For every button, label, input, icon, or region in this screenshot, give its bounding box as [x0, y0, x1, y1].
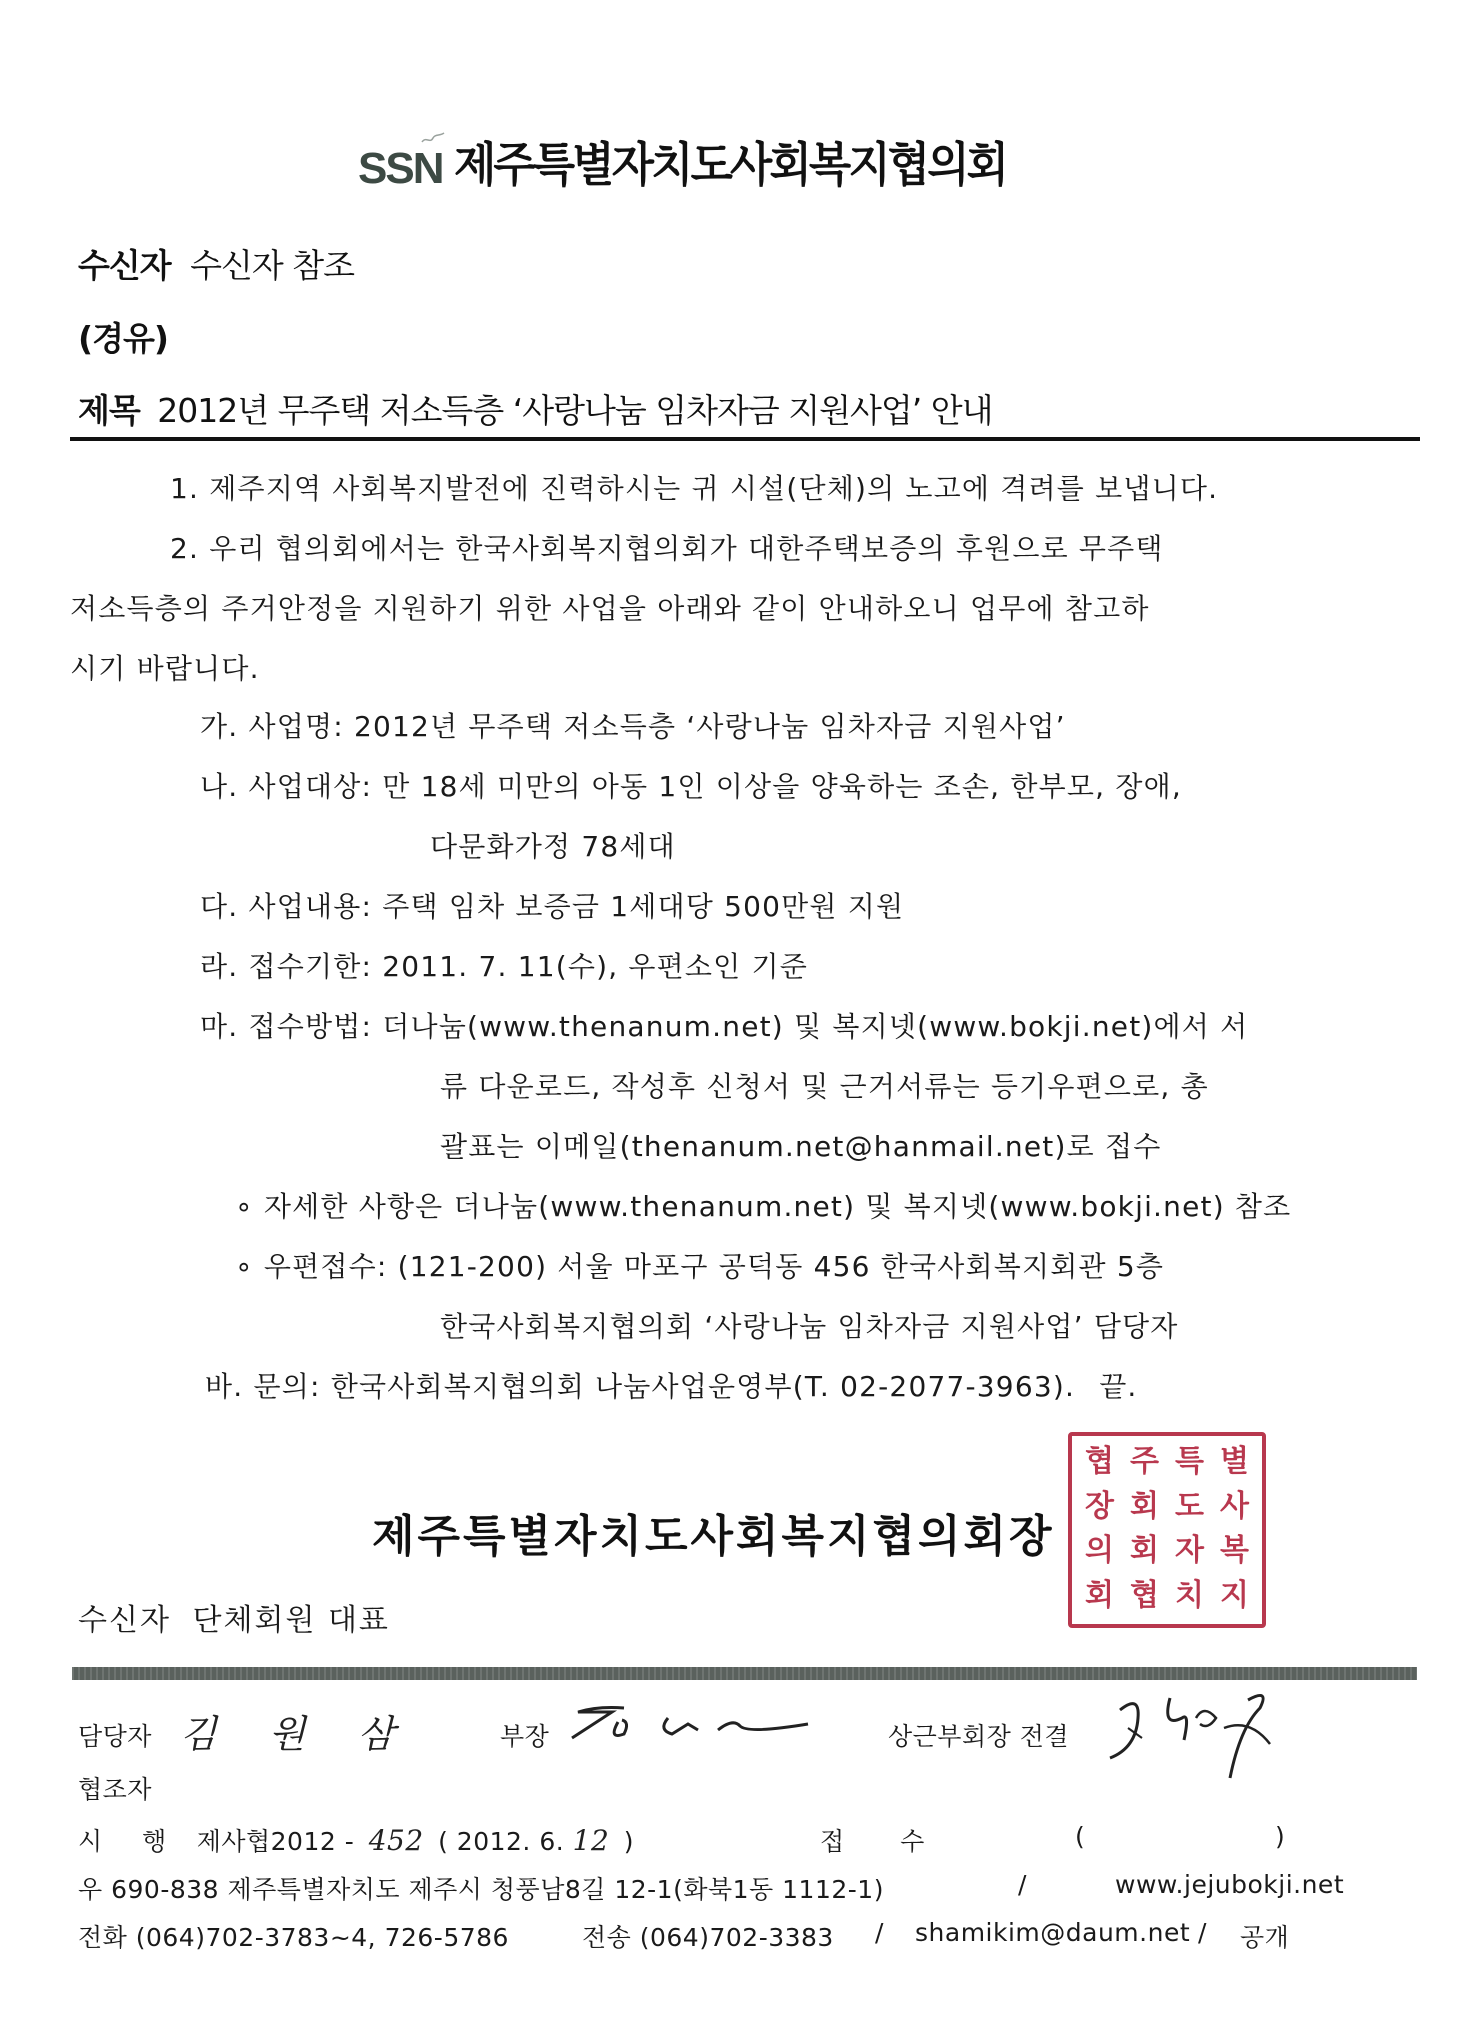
- letterhead: SSN 제주특별자치도사회복지협의회: [358, 138, 1048, 194]
- seal-glyph: 회: [1123, 1487, 1166, 1530]
- doc-date-prefix: ( 2012. 6.: [438, 1827, 564, 1856]
- recipient-value: 수신자 참조: [190, 246, 354, 285]
- seal-glyph: 회: [1123, 1531, 1166, 1574]
- doc-number-handwritten: 452: [369, 1824, 424, 1857]
- receipt-close: ): [1275, 1822, 1285, 1851]
- receipt-open: (: [1075, 1822, 1085, 1851]
- phone-line: 전화 (064)702-3783~4, 726-5786: [78, 1918, 509, 1954]
- item-ma: 마. 접수방법: 더나눔(www.thenanum.net) 및 복지넷(www…: [200, 1005, 1248, 1045]
- seal-glyph: 사: [1213, 1487, 1256, 1530]
- item-marker: 바.: [205, 1370, 243, 1403]
- item-label: 사업명:: [248, 710, 343, 743]
- item-ma-line-3: 괄표는 이메일(thenanum.net@hanmail.net)로 접수: [440, 1125, 1161, 1165]
- item-ga: 가. 사업명: 2012년 무주택 저소득층 ‘사랑나눔 임차자금 지원사업’: [200, 705, 1066, 745]
- item-text: 만 18세 미만의 아동 1인 이상을 양육하는 조손, 한부모, 장애,: [382, 770, 1182, 803]
- bullet-text: 자세한 사항은 더나눔(www.thenanum.net) 및 복지넷(www.…: [264, 1190, 1292, 1223]
- inquiry-text: 한국사회복지협의회 나눔사업운영부(T. 02-2077-3963).: [331, 1370, 1075, 1403]
- seal-glyph: 자: [1168, 1531, 1211, 1574]
- email-separator: /: [1198, 1918, 1207, 1947]
- item-text: 더나눔(www.thenanum.net) 및 복지넷(www.bokji.ne…: [382, 1010, 1248, 1043]
- item-marker: 가.: [200, 710, 238, 743]
- recipient-label: 수신자: [78, 246, 171, 285]
- seal-glyph: 도: [1168, 1487, 1211, 1530]
- item-ba-inquiry: 바. 문의: 한국사회복지협의회 나눔사업운영부(T. 02-2077-3963…: [205, 1365, 1138, 1405]
- item-marker: 다.: [200, 890, 238, 923]
- item-marker: 라.: [200, 950, 238, 983]
- subject-value: 2012년 무주택 저소득층 ‘사랑나눔 임차자금 지원사업’ 안내: [157, 391, 992, 430]
- seal-glyph: 협: [1123, 1576, 1166, 1619]
- subject-label: 제목: [78, 391, 140, 430]
- recipients-value: 단체회원 대표: [193, 1603, 390, 1638]
- seal-glyph: 의: [1078, 1531, 1121, 1574]
- subject-divider: [70, 437, 1420, 441]
- via-label: (경유): [78, 319, 168, 358]
- cooperator-label: 협조자: [78, 1770, 152, 1806]
- seal-glyph: 치: [1168, 1576, 1211, 1619]
- seal-glyph: 별: [1213, 1442, 1256, 1485]
- ssn-logo: SSN: [358, 144, 442, 194]
- bullet-icon: ∘: [235, 1190, 254, 1223]
- item-label: 사업내용:: [248, 890, 372, 923]
- address-separator: /: [1018, 1870, 1027, 1899]
- recipient-row: 수신자 수신자 참조: [78, 240, 354, 287]
- disclosure-status: 공개: [1240, 1918, 1289, 1954]
- logo-text: SSN: [358, 144, 442, 193]
- item-label: 접수기한:: [248, 950, 372, 983]
- paragraph-2-line-3: 시기 바랍니다.: [70, 647, 260, 687]
- via-row: (경유): [78, 313, 168, 360]
- seal-glyph: 장: [1078, 1487, 1121, 1530]
- footer-divider: [72, 1667, 1417, 1680]
- website-link[interactable]: www.jejubokji.net: [1115, 1870, 1344, 1899]
- vp-label: 상근부회장 전결: [888, 1717, 1069, 1753]
- subject-row: 제목 2012년 무주택 저소득층 ‘사랑나눔 임차자금 지원사업’ 안내: [78, 385, 992, 432]
- item-da: 다. 사업내용: 주택 임차 보증금 1세대당 500만원 지원: [200, 885, 904, 925]
- item-text: 2011. 7. 11(수), 우편소인 기준: [382, 950, 808, 983]
- enforce-label: 시 행: [78, 1827, 182, 1856]
- end-marker: 끝.: [1099, 1370, 1137, 1403]
- item-label: 사업대상:: [248, 770, 372, 803]
- seal-glyph: 지: [1213, 1576, 1256, 1619]
- item-text: 주택 임차 보증금 1세대당 500만원 지원: [382, 890, 904, 923]
- recipients-label: 수신자: [78, 1603, 171, 1638]
- staff-signature: 김 원 삼: [180, 1703, 414, 1758]
- item-label: 문의:: [253, 1370, 320, 1403]
- item-marker: 나.: [200, 770, 238, 803]
- bullet-postal-line-2: 한국사회복지협의회 ‘사랑나눔 임차자금 지원사업’ 담당자: [440, 1305, 1179, 1345]
- official-seal: 협 주 특 별 장 회 도 사 의 회 자 복 회 협 치 지: [1068, 1432, 1266, 1628]
- paragraph-1: 1. 제주지역 사회복지발전에 진력하시는 귀 시설(단체)의 노고에 격려를 …: [170, 467, 1410, 507]
- bullet-icon: ∘: [235, 1250, 254, 1283]
- bullet-text: 우편접수: (121-200) 서울 마포구 공덕동 456 한국사회복지회관 …: [264, 1250, 1164, 1283]
- doc-date-handwritten: 12: [573, 1824, 610, 1857]
- organization-name: 제주특별자치도사회복지협의회: [454, 138, 1006, 194]
- fax-line: 전송 (064)702-3383: [582, 1918, 834, 1954]
- address-line: 우 690-838 제주특별자치도 제주시 청풍남8길 12-1(화북1동 11…: [78, 1870, 884, 1906]
- seal-glyph: 복: [1213, 1531, 1256, 1574]
- manager-label: 부장: [500, 1717, 549, 1753]
- staff-label: 담당자: [78, 1717, 152, 1753]
- receipt-label: 접 수: [820, 1822, 948, 1858]
- seal-glyph: 주: [1123, 1442, 1166, 1485]
- seal-glyph: 특: [1168, 1442, 1211, 1485]
- recipients-row: 수신자 단체회원 대표: [78, 1595, 390, 1639]
- enforce-row: 시 행 제사협2012 - 452 ( 2012. 6. 12 ): [78, 1822, 634, 1858]
- item-ra: 라. 접수기한: 2011. 7. 11(수), 우편소인 기준: [200, 945, 808, 985]
- manager-signature: [568, 1700, 858, 1750]
- item-ma-line-2: 류 다운로드, 작성후 신청서 및 근거서류는 등기우편으로, 총: [440, 1065, 1209, 1105]
- doc-date-suffix: ): [624, 1827, 634, 1856]
- item-marker: 마.: [200, 1010, 238, 1043]
- signoff-title: 제주특별자치도사회복지협의회장: [372, 1500, 1055, 1564]
- contact-separator: /: [875, 1918, 884, 1947]
- paragraph-2-line-1: 2. 우리 협의회에서는 한국사회복지협의회가 대한주택보증의 후원으로 무주택: [170, 527, 1410, 567]
- email-link[interactable]: shamikim@daum.net: [915, 1918, 1190, 1947]
- paragraph-2-line-2: 저소득층의 주거안정을 지원하기 위한 사업을 아래와 같이 안내하오니 업무에…: [70, 587, 1415, 627]
- item-na: 나. 사업대상: 만 18세 미만의 아동 1인 이상을 양육하는 조손, 한부…: [200, 765, 1182, 805]
- bullet-details: ∘ 자세한 사항은 더나눔(www.thenanum.net) 및 복지넷(ww…: [235, 1185, 1291, 1225]
- item-label: 접수방법:: [248, 1010, 372, 1043]
- seal-glyph: 회: [1078, 1576, 1121, 1619]
- vp-signature: [1100, 1688, 1300, 1788]
- doc-number-prefix: 제사협2012 -: [197, 1827, 355, 1856]
- seal-glyph: 협: [1078, 1442, 1121, 1485]
- bullet-postal: ∘ 우편접수: (121-200) 서울 마포구 공덕동 456 한국사회복지회…: [235, 1245, 1164, 1285]
- item-text: 2012년 무주택 저소득층 ‘사랑나눔 임차자금 지원사업’: [354, 710, 1066, 743]
- item-na-line-2: 다문화가정 78세대: [430, 825, 676, 865]
- bird-icon: [420, 132, 446, 146]
